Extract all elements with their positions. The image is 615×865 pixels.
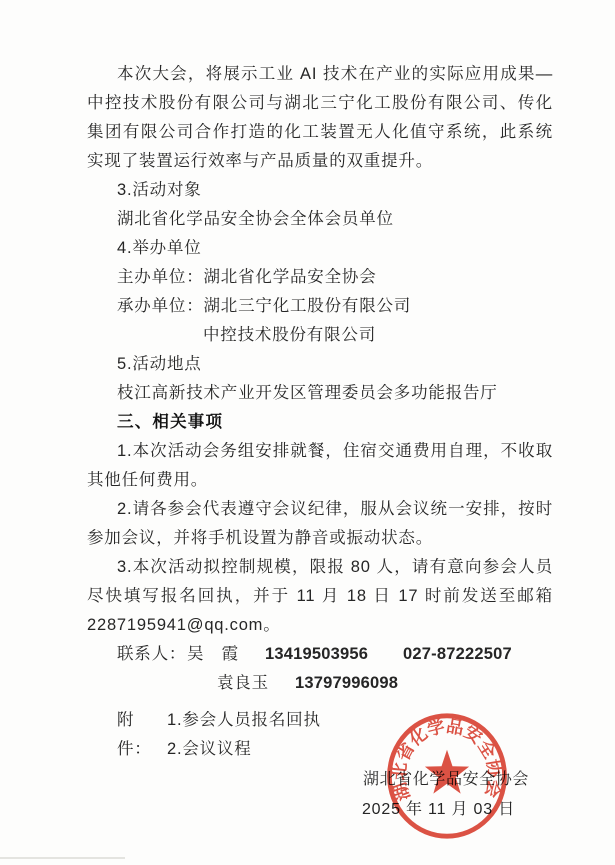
signature-date: 2025 年 11 月 03 日 (362, 796, 515, 819)
section-5-heading: 5.活动地点 (87, 350, 553, 379)
contact-telephone-1: 027-87222507 (403, 640, 512, 669)
venue-line: 枝江高新技术产业开发区管理委员会多功能报告厅 (87, 379, 553, 408)
attachment-item-1: 1.参会人员报名回执 (167, 706, 321, 735)
section-3-body: 湖北省化学品安全协会全体会员单位 (87, 205, 553, 234)
related-matters-heading: 三、相关事项 (87, 408, 553, 437)
organizer-line-2: 中控技术股份有限公司 (87, 321, 553, 350)
attachment-item-2: 2.会议议程 (167, 735, 321, 764)
contact-row-1: 联系人： 吴 霞 13419503956 027-87222507 (87, 640, 553, 669)
host-unit-line: 主办单位：湖北省化学品安全协会 (87, 263, 553, 292)
section-4-heading: 4.举办单位 (87, 234, 553, 263)
notice-page: 本次大会，将展示工业 AI 技术在产业的实际应用成果—中控技术股份有限公司与湖北… (0, 0, 615, 865)
contact-mobile-1: 13419503956 (265, 640, 403, 669)
scan-artifact-line (0, 857, 125, 859)
signature-org-name: 湖北省化学品安全协会 (363, 766, 529, 789)
note-item-2: 2.请各参会代表遵守会议纪律，服从会议统一安排，按时参加会议，并将手机设置为静音… (87, 495, 553, 553)
notice-body: 本次大会，将展示工业 AI 技术在产业的实际应用成果—中控技术股份有限公司与湖北… (87, 60, 553, 764)
section-3-heading: 3.活动对象 (87, 176, 553, 205)
contact-name-2: 袁良玉 (217, 669, 295, 698)
contact-label-spacer (117, 669, 217, 698)
attachments-list: 1.参会人员报名回执 2.会议议程 (167, 706, 321, 764)
contact-name-1: 吴 霞 (187, 640, 265, 669)
organizer-line-1: 承办单位：湖北三宁化工股份有限公司 (87, 292, 553, 321)
contact-row-2: 袁良玉 13797996098 (87, 669, 553, 698)
attachments-block: 附件： 1.参会人员报名回执 2.会议议程 (87, 706, 553, 764)
contact-mobile-2: 13797996098 (295, 669, 433, 698)
note-item-1: 1.本次活动会务组安排就餐，住宿交通费用自理，不收取其他任何费用。 (87, 437, 553, 495)
intro-paragraph: 本次大会，将展示工业 AI 技术在产业的实际应用成果—中控技术股份有限公司与湖北… (87, 60, 553, 176)
note-item-3: 3.本次活动拟控制规模，限报 80 人，请有意向参会人员尽快填写报名回执，并于 … (87, 553, 553, 640)
contacts-label: 联系人： (117, 640, 187, 669)
attachments-label: 附件： (117, 706, 167, 764)
